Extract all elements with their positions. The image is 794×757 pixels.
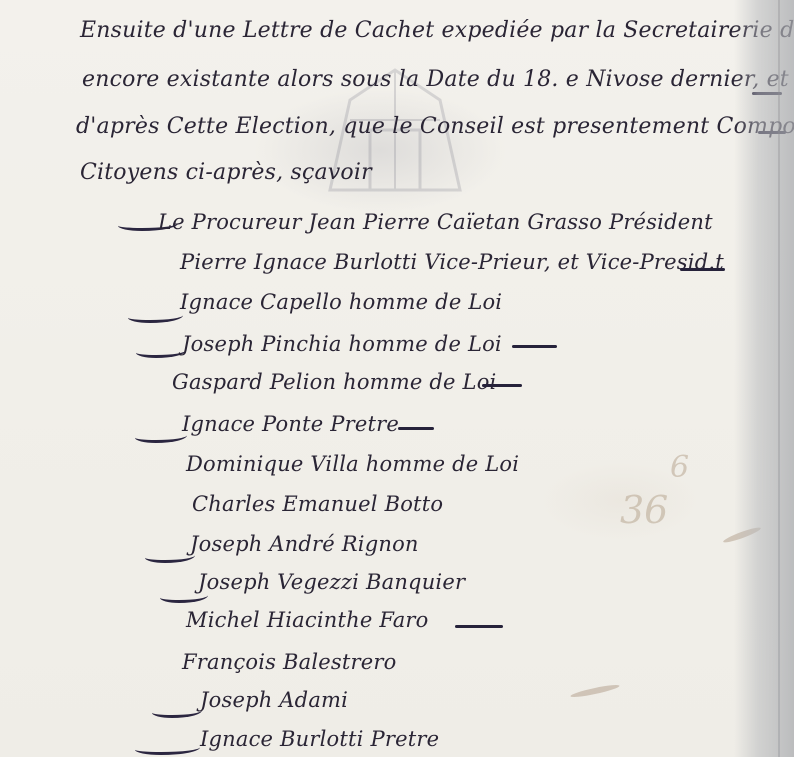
member-name: Charles Emanuel Botto	[192, 492, 443, 516]
member-row: Pierre Ignace Burlotti Vice-Prieur, et V…	[180, 250, 724, 274]
member-title: homme de Loi	[366, 452, 519, 476]
intro-line-4: Citoyens ci-après, sçavoir	[80, 160, 372, 185]
member-name: Le Procureur Jean Pierre Caïetan Grasso	[158, 210, 602, 234]
line-end-dash	[680, 268, 725, 271]
member-name: Joseph Adami	[200, 688, 348, 712]
name-flourish	[128, 310, 183, 323]
member-row: Joseph Adami	[200, 688, 348, 712]
member-row: Le Procureur Jean Pierre Caïetan Grasso …	[158, 210, 713, 234]
member-name: Ignace Burlotti	[200, 727, 364, 751]
member-name: Joseph André Rignon	[190, 532, 419, 556]
intro-line-3: d'après Cette Election, que le Conseil e…	[76, 114, 794, 139]
name-flourish	[135, 742, 200, 755]
member-row: Charles Emanuel Botto	[192, 492, 443, 516]
member-row: Ignace Capello homme de Loi	[180, 290, 502, 314]
member-title: Banquier	[366, 570, 465, 594]
line-end-dash	[512, 345, 557, 348]
member-name: Michel Hiacinthe Faro	[186, 608, 429, 632]
line-end-dash	[455, 625, 503, 628]
member-row: Joseph Pinchia homme de Loi	[182, 332, 502, 356]
member-name: Ignace Ponte	[182, 412, 323, 436]
member-title: homme de Loi	[349, 332, 502, 356]
member-title: homme de Loi	[343, 370, 496, 394]
member-row: Michel Hiacinthe Faro	[186, 608, 429, 632]
member-name: François Balestrero	[182, 650, 397, 674]
member-title: Pretre	[371, 727, 440, 751]
member-name: Ignace Capello	[180, 290, 342, 314]
member-title: Vice-Prieur, et Vice-Presid.t	[424, 250, 724, 274]
member-name: Joseph Pinchia	[182, 332, 342, 356]
member-row: François Balestrero	[182, 650, 397, 674]
page-edge	[778, 0, 780, 757]
bleed-through-number: 6	[670, 450, 689, 485]
line-end-dash	[482, 384, 522, 387]
line-end-dash	[398, 427, 434, 430]
member-name: Joseph Vegezzi	[198, 570, 359, 594]
member-title: homme de Loi	[349, 290, 502, 314]
member-row: Ignace Burlotti Pretre	[200, 727, 439, 751]
member-title: Président	[609, 210, 713, 234]
member-row: Dominique Villa homme de Loi	[186, 452, 519, 476]
page-fold-shadow	[734, 0, 794, 757]
member-name: Gaspard Pelion	[172, 370, 336, 394]
member-title: Pretre	[330, 412, 399, 436]
intro-line-2: encore existante alors sous la Date du 1…	[82, 67, 794, 92]
name-flourish	[135, 430, 187, 443]
manuscript-page: Ensuite d'une Lettre de Cachet expediée …	[0, 0, 794, 757]
intro-line-1: Ensuite d'une Lettre de Cachet expediée …	[80, 18, 794, 43]
member-row: Ignace Ponte Pretre	[182, 412, 399, 436]
ink-stain	[570, 683, 620, 699]
member-name: Dominique Villa	[186, 452, 359, 476]
member-row: Gaspard Pelion homme de Loi	[172, 370, 496, 394]
member-row: Joseph André Rignon	[190, 532, 419, 556]
member-name: Pierre Ignace Burlotti	[180, 250, 417, 274]
name-flourish	[136, 345, 186, 358]
member-row: Joseph Vegezzi Banquier	[198, 570, 465, 594]
bleed-through-mark: 36	[620, 488, 668, 532]
name-flourish	[152, 705, 202, 718]
name-flourish	[145, 550, 195, 563]
